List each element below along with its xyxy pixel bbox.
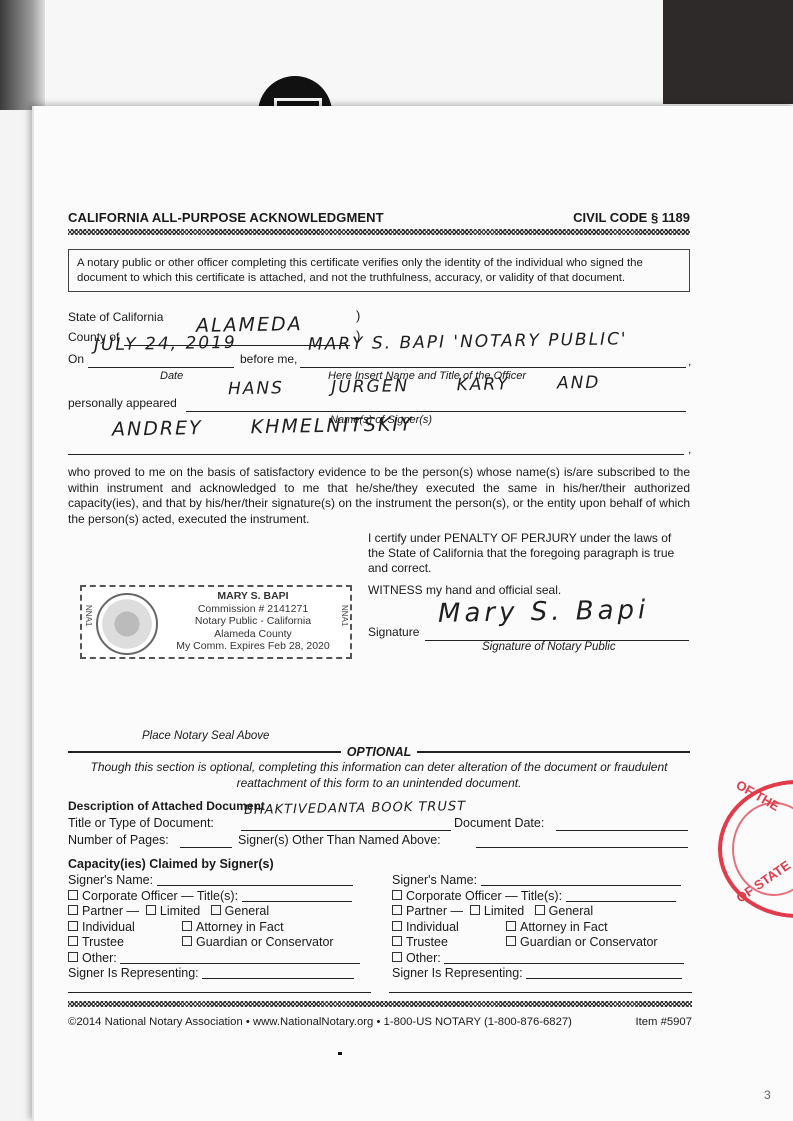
page-number: 3 <box>764 1088 771 1102</box>
comma-2: , <box>688 442 691 456</box>
trustee-label: Trustee <box>406 935 448 949</box>
notary-seal-stamp: NNA1 MARY S. BAPI Commission # 2141271 N… <box>80 585 352 659</box>
signers-value-2: ANDREY KHMELNITSKIY <box>112 413 414 440</box>
general-checkbox[interactable] <box>535 905 545 915</box>
form-header: CALIFORNIA ALL-PURPOSE ACKNOWLEDGMENT CI… <box>68 210 690 225</box>
attached-document-section: Description of Attached Document Title o… <box>68 799 690 851</box>
individual-row: IndividualAttorney in Fact <box>392 920 682 936</box>
optional-rule-right <box>417 751 690 753</box>
other-label: Other: <box>406 951 441 965</box>
other-label: Other: <box>82 951 117 965</box>
comma: , <box>688 354 691 368</box>
partner-label: Partner — <box>82 904 139 918</box>
pages-field[interactable] <box>180 831 232 848</box>
witness-statement: WITNESS my hand and official seal. <box>368 583 561 597</box>
capacities-title: Capacity(ies) Claimed by Signer(s) <box>68 857 690 871</box>
seal-text: MARY S. BAPI Commission # 2141271 Notary… <box>162 590 344 653</box>
individual-row: IndividualAttorney in Fact <box>68 920 358 936</box>
form-title: CALIFORNIA ALL-PURPOSE ACKNOWLEDGMENT <box>68 210 384 225</box>
corporate-officer-checkbox[interactable] <box>68 890 78 900</box>
signer-name-field[interactable] <box>481 873 681 886</box>
footer-item-number: Item #5907 <box>635 1016 692 1028</box>
optional-label: OPTIONAL <box>341 745 418 759</box>
guardian-checkbox[interactable] <box>506 936 516 946</box>
signer-name-label: Signer's Name: <box>392 873 477 887</box>
bottom-rules <box>68 992 692 1007</box>
seal-caption: Place Notary Seal Above <box>142 730 269 742</box>
limited-label: Limited <box>160 904 200 918</box>
partner-checkbox[interactable] <box>68 905 78 915</box>
other-signers-label: Signer(s) Other Than Named Above: <box>238 833 441 847</box>
seal-side-code-right: NNA1 <box>340 605 349 626</box>
before-me-label: before me, <box>240 352 297 366</box>
scan-shadow-left <box>0 0 45 110</box>
individual-label: Individual <box>82 920 135 934</box>
signers-field-2[interactable] <box>68 438 684 455</box>
signer-name-label: Signer's Name: <box>68 873 153 887</box>
representing-row: Signer Is Representing: <box>68 966 358 982</box>
guardian-checkbox[interactable] <box>182 936 192 946</box>
seal-commission: Commission # 2141271 <box>162 603 344 616</box>
signer-name-field[interactable] <box>157 873 353 886</box>
perjury-statement: I certify under PENALTY OF PERJURY under… <box>368 531 690 576</box>
limited-checkbox[interactable] <box>146 905 156 915</box>
individual-checkbox[interactable] <box>68 921 78 931</box>
trustee-checkbox[interactable] <box>68 936 78 946</box>
capacity-column-1: Signer's Name: Corporate Officer — Title… <box>68 873 358 982</box>
other-field[interactable] <box>444 951 684 964</box>
representing-row: Signer Is Representing: <box>392 966 682 982</box>
notary-signature: Mary S. Bapi <box>438 595 650 629</box>
trustee-row: TrusteeGuardian or Conservator <box>68 935 358 951</box>
personally-appeared-label: personally appeared <box>68 396 177 410</box>
other-signers-field[interactable] <box>476 831 688 848</box>
bottom-lines <box>68 992 692 993</box>
other-checkbox[interactable] <box>68 952 78 962</box>
doc-date-field[interactable] <box>556 814 688 831</box>
representing-label: Signer Is Representing: <box>68 966 199 980</box>
optional-section: OPTIONAL Though this section is optional… <box>68 745 690 871</box>
signer-name-row: Signer's Name: <box>392 873 682 889</box>
general-label: General <box>225 904 269 918</box>
corporate-officer-row: Corporate Officer — Title(s): <box>392 889 682 905</box>
other-field[interactable] <box>120 951 360 964</box>
corporate-officer-checkbox[interactable] <box>392 890 402 900</box>
decorative-border-bottom <box>68 1001 692 1007</box>
guardian-label: Guardian or Conservator <box>196 935 334 949</box>
individual-label: Individual <box>406 920 459 934</box>
attorney-checkbox[interactable] <box>506 921 516 931</box>
logo-dome-icon <box>258 76 332 110</box>
partner-row: Partner — Limited General <box>392 904 682 920</box>
general-checkbox[interactable] <box>211 905 221 915</box>
representing-field[interactable] <box>526 966 682 979</box>
corporate-officer-row: Corporate Officer — Title(s): <box>68 889 358 905</box>
capacity-column-2: Signer's Name: Corporate Officer — Title… <box>392 873 682 982</box>
footer-copyright: ©2014 National Notary Association • www.… <box>68 1016 572 1028</box>
attorney-label: Attorney in Fact <box>196 920 284 934</box>
decorative-border <box>68 229 690 235</box>
acknowledgment-form: CALIFORNIA ALL-PURPOSE ACKNOWLEDGMENT CI… <box>68 210 690 637</box>
notice-box: A notary public or other officer complet… <box>68 249 690 292</box>
other-row: Other: <box>68 951 358 967</box>
seal-title: Notary Public - California <box>162 615 344 628</box>
officer-title-field[interactable] <box>566 889 676 902</box>
bottom-line-right <box>389 992 692 993</box>
seal-side-code-left: NNA1 <box>84 605 93 626</box>
on-label: On <box>68 352 84 366</box>
signer-name-row: Signer's Name: <box>68 873 358 889</box>
guardian-label: Guardian or Conservator <box>520 935 658 949</box>
corporate-officer-label: Corporate Officer — Title(s): <box>406 889 562 903</box>
seal-county: Alameda County <box>162 628 344 641</box>
optional-rule-left <box>68 751 341 753</box>
date-caption: Date <box>160 370 183 382</box>
civil-code: CIVIL CODE § 1189 <box>573 210 690 225</box>
individual-checkbox[interactable] <box>392 921 402 931</box>
other-row: Other: <box>392 951 682 967</box>
other-checkbox[interactable] <box>392 952 402 962</box>
venue-section: State of California ) County of ALAMEDA … <box>68 310 690 475</box>
bottom-line-left <box>68 992 371 993</box>
optional-note: Though this section is optional, complet… <box>68 759 690 791</box>
attorney-label: Attorney in Fact <box>520 920 608 934</box>
date-value: JULY 24, 2019 <box>94 333 237 355</box>
pages-label: Number of Pages: <box>68 833 169 847</box>
partner-label: Partner — <box>406 904 463 918</box>
attorney-checkbox[interactable] <box>182 921 192 931</box>
optional-divider: OPTIONAL <box>68 745 690 759</box>
seal-expiry: My Comm. Expires Feb 28, 2020 <box>162 640 344 653</box>
scan-shadow-right <box>663 0 793 104</box>
trustee-row: TrusteeGuardian or Conservator <box>392 935 682 951</box>
partner-checkbox[interactable] <box>392 905 402 915</box>
partner-row: Partner — Limited General <box>68 904 358 920</box>
ink-mark <box>338 1052 342 1055</box>
doc-date-label: Document Date: <box>454 816 544 830</box>
signature-label: Signature <box>368 625 419 639</box>
form-footer: ©2014 National Notary Association • www.… <box>68 1016 692 1028</box>
seal-name: MARY S. BAPI <box>162 590 344 603</box>
underlying-page <box>45 0 665 110</box>
limited-checkbox[interactable] <box>470 905 480 915</box>
officer-title-field[interactable] <box>242 889 352 902</box>
limited-label: Limited <box>484 904 524 918</box>
representing-field[interactable] <box>202 966 354 979</box>
logo-fragment <box>258 76 332 110</box>
trustee-checkbox[interactable] <box>392 936 402 946</box>
state-label: State of California <box>68 310 163 328</box>
doc-type-label: Title or Type of Document: <box>68 816 214 830</box>
trustee-label: Trustee <box>82 935 124 949</box>
general-label: General <box>549 904 593 918</box>
corporate-officer-label: Corporate Officer — Title(s): <box>82 889 238 903</box>
state-seal-icon <box>96 593 158 655</box>
signature-caption: Signature of Notary Public <box>482 641 616 653</box>
venue-paren: ) <box>356 308 360 323</box>
representing-label: Signer Is Representing: <box>392 966 523 980</box>
